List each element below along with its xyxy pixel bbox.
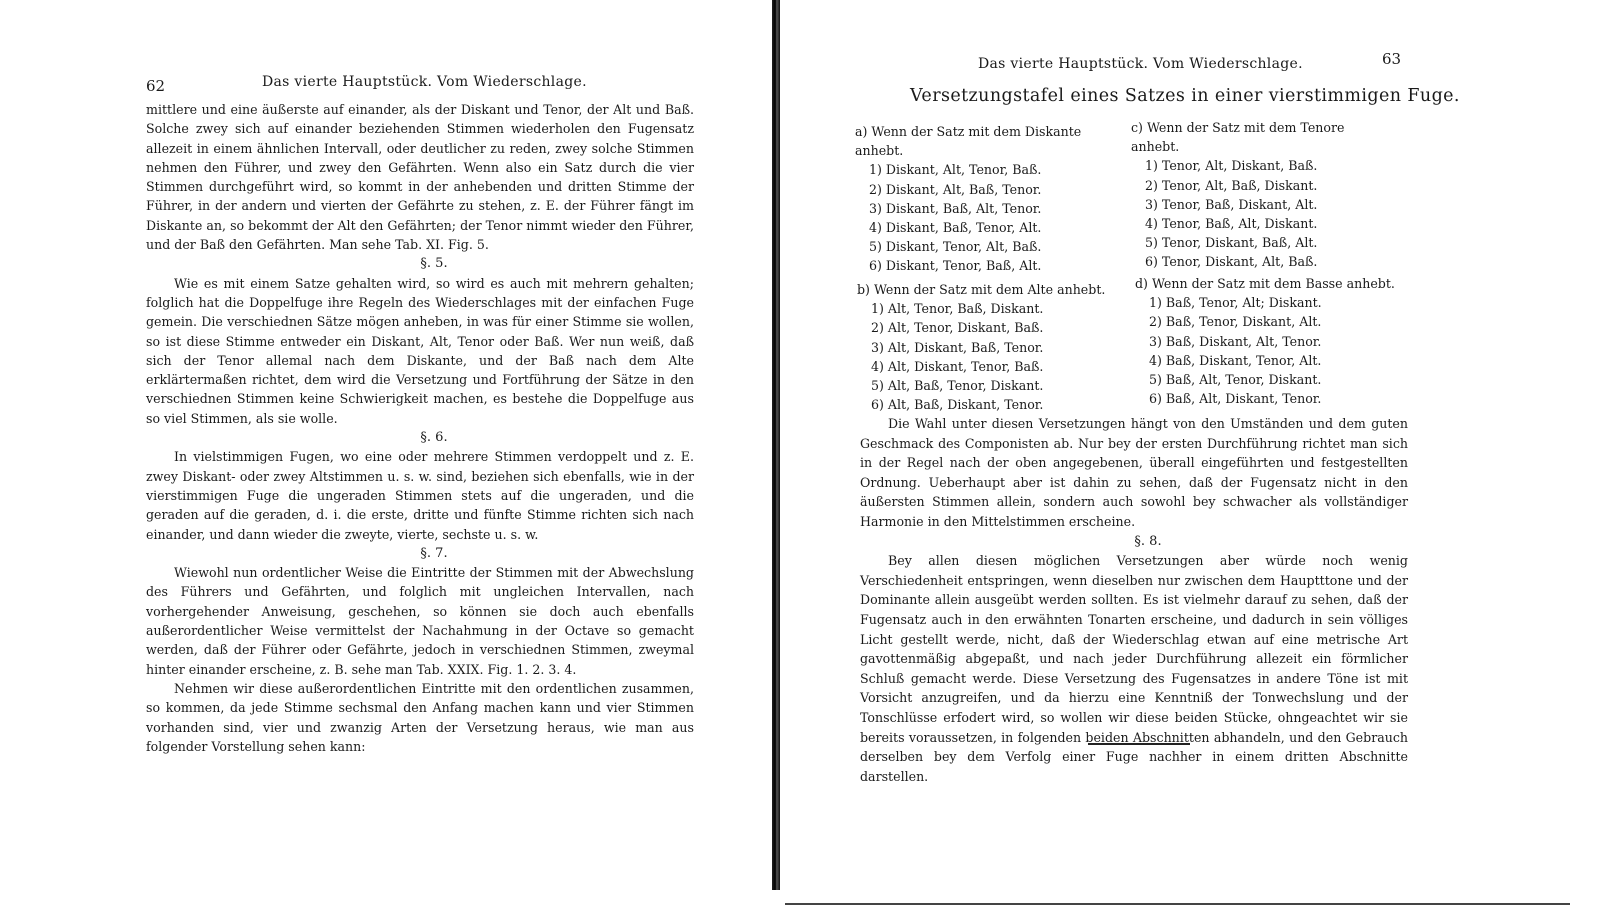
permutation-item: 4) Tenor, Baß, Alt, Diskant. xyxy=(1131,214,1401,233)
permutation-group-c: c) Wenn der Satz mit dem Tenore anhebt. … xyxy=(1131,118,1401,272)
section-heading: §. 7. xyxy=(146,544,694,563)
permutation-item: 5) Baß, Alt, Tenor, Diskant. xyxy=(1135,370,1410,389)
permutation-group-d: d) Wenn der Satz mit dem Basse anhebt. 1… xyxy=(1135,274,1410,408)
running-head: Das vierte Hauptstück. Vom Wiederschlage… xyxy=(978,56,1303,72)
permutation-group-b: b) Wenn der Satz mit dem Alte anhebt. 1)… xyxy=(857,280,1127,414)
permutation-item: 4) Alt, Diskant, Tenor, Baß. xyxy=(857,357,1127,376)
table-title: Versetzungstafel eines Satzes in einer v… xyxy=(910,86,1460,106)
left-page: 62 Das vierte Hauptstück. Vom Wiederschl… xyxy=(0,0,770,918)
permutation-item: 6) Tenor, Diskant, Alt, Baß. xyxy=(1131,252,1401,271)
permutation-item: 1) Baß, Tenor, Alt; Diskant. xyxy=(1135,293,1410,312)
section-heading: §. 8. xyxy=(860,532,1408,552)
permutation-item: 4) Baß, Diskant, Tenor, Alt. xyxy=(1135,351,1410,370)
permutation-item: 3) Baß, Diskant, Alt, Tenor. xyxy=(1135,332,1410,351)
permutation-item: 6) Baß, Alt, Diskant, Tenor. xyxy=(1135,389,1410,408)
permutation-item: 1) Alt, Tenor, Baß, Diskant. xyxy=(857,299,1127,318)
paragraph: Wie es mit einem Satze gehalten wird, so… xyxy=(146,274,694,428)
end-rule xyxy=(1088,743,1190,745)
page-edge-line xyxy=(785,903,1570,905)
page-number: 62 xyxy=(146,77,165,95)
permutation-item: 5) Alt, Baß, Tenor, Diskant. xyxy=(857,376,1127,395)
section-heading: §. 5. xyxy=(146,254,694,273)
body-text: mittlere und eine äußerste auf einander,… xyxy=(146,100,694,756)
group-heading: c) Wenn der Satz mit dem Tenore anhebt. xyxy=(1131,118,1396,156)
paragraph: Wiewohl nun ordentlicher Weise die Eintr… xyxy=(146,563,694,679)
permutation-item: 3) Alt, Diskant, Baß, Tenor. xyxy=(857,338,1127,357)
body-text: Die Wahl unter diesen Versetzungen hängt… xyxy=(860,414,1408,786)
permutation-item: 4) Diskant, Baß, Tenor, Alt. xyxy=(855,218,1115,237)
running-head: Das vierte Hauptstück. Vom Wiederschlage… xyxy=(262,74,587,90)
section-heading: §. 6. xyxy=(146,428,694,447)
permutation-item: 3) Tenor, Baß, Diskant, Alt. xyxy=(1131,195,1401,214)
permutation-item: 1) Diskant, Alt, Tenor, Baß. xyxy=(855,160,1115,179)
permutation-item: 3) Diskant, Baß, Alt, Tenor. xyxy=(855,199,1115,218)
page-number: 63 xyxy=(1382,50,1401,68)
group-heading: a) Wenn der Satz mit dem Diskante anhebt… xyxy=(855,122,1100,160)
group-heading: b) Wenn der Satz mit dem Alte anhebt. xyxy=(857,280,1127,299)
permutation-item: 5) Tenor, Diskant, Baß, Alt. xyxy=(1131,233,1401,252)
permutation-item: 6) Diskant, Tenor, Baß, Alt. xyxy=(855,256,1115,275)
permutation-item: 2) Diskant, Alt, Baß, Tenor. xyxy=(855,180,1115,199)
permutation-item: 2) Alt, Tenor, Diskant, Baß. xyxy=(857,318,1127,337)
permutation-item: 1) Tenor, Alt, Diskant, Baß. xyxy=(1131,156,1401,175)
permutation-item: 2) Tenor, Alt, Baß, Diskant. xyxy=(1131,176,1401,195)
permutation-item: 6) Alt, Baß, Diskant, Tenor. xyxy=(857,395,1127,414)
paragraph: mittlere und eine äußerste auf einander,… xyxy=(146,100,694,254)
paragraph: Nehmen wir diese außerordentlichen Eintr… xyxy=(146,679,694,756)
paragraph: Die Wahl unter diesen Versetzungen hängt… xyxy=(860,414,1408,532)
paragraph: Bey allen diesen möglichen Versetzungen … xyxy=(860,551,1408,786)
paragraph: In vielstimmigen Fugen, wo eine oder meh… xyxy=(146,447,694,543)
book-spine xyxy=(772,0,780,890)
permutation-item: 5) Diskant, Tenor, Alt, Baß. xyxy=(855,237,1115,256)
permutation-item: 2) Baß, Tenor, Diskant, Alt. xyxy=(1135,312,1410,331)
permutation-group-a: a) Wenn der Satz mit dem Diskante anhebt… xyxy=(855,122,1115,276)
group-heading: d) Wenn der Satz mit dem Basse anhebt. xyxy=(1135,274,1410,293)
